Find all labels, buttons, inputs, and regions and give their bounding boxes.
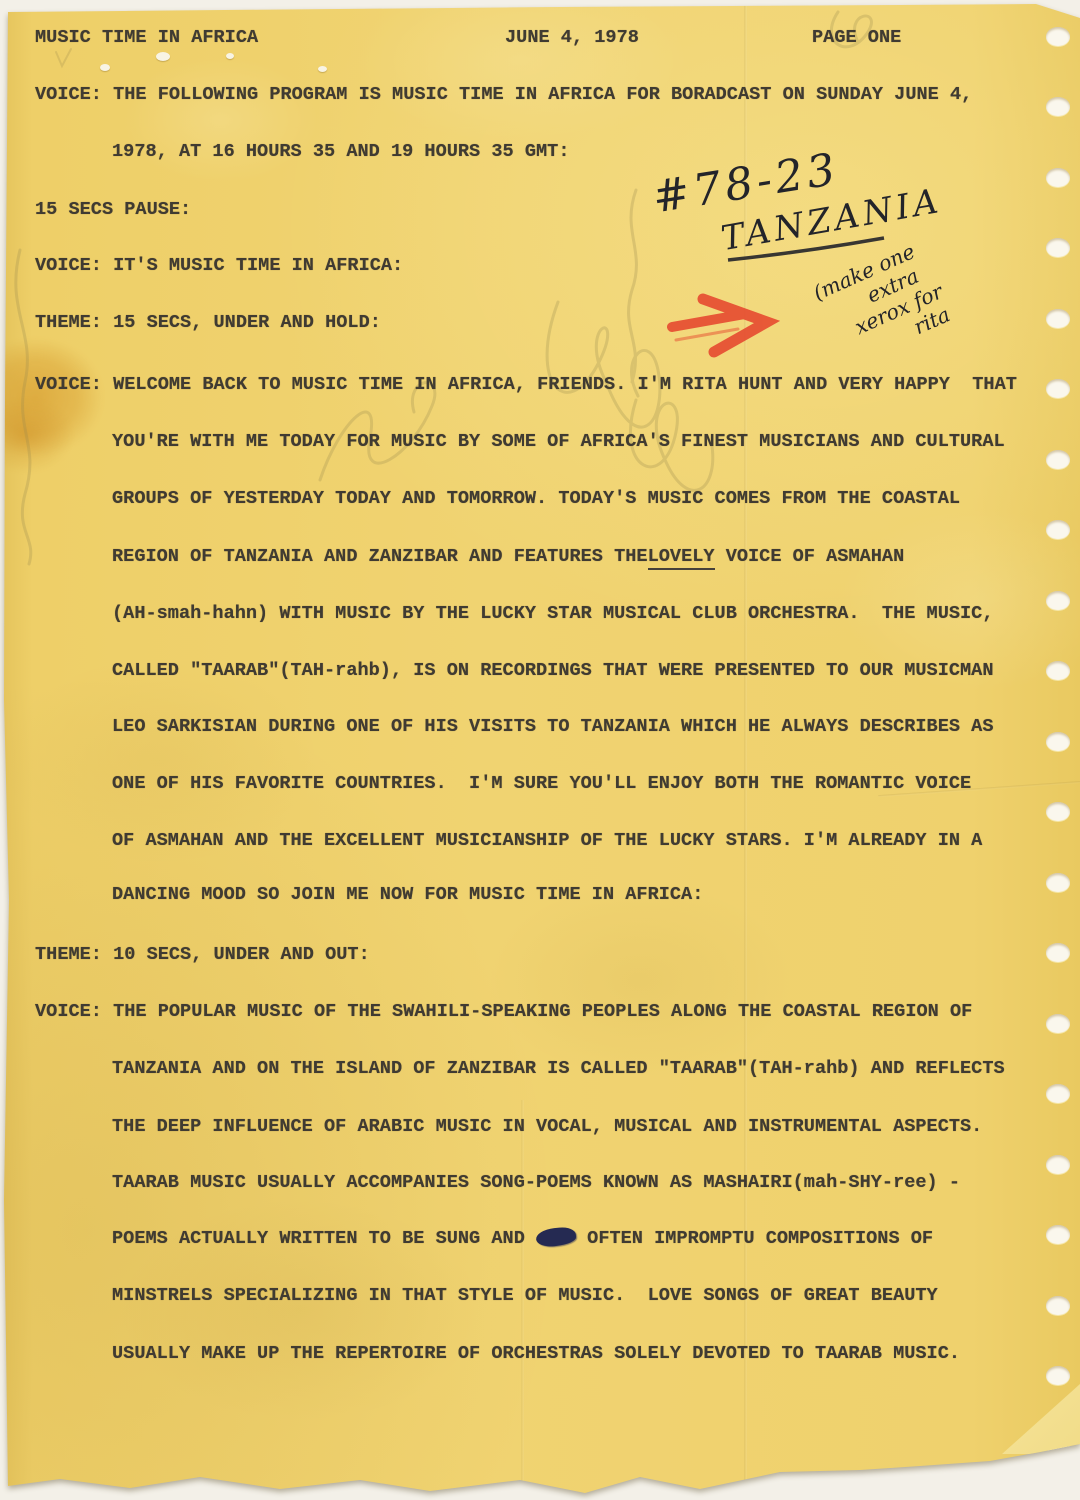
document-page: MUSIC TIME IN AFRICA JUNE 4, 1978 PAGE O… (0, 0, 1080, 1500)
punched-hole (1046, 732, 1070, 751)
script-line: TAARAB MUSIC USUALLY ACCOMPANIES SONG-PO… (112, 1172, 960, 1194)
paper-chip (226, 53, 234, 59)
script-line: LEO SARKISIAN DURING ONE OF HIS VISITS T… (112, 716, 994, 738)
script-line: MINSTRELS SPECIALIZING IN THAT STYLE OF … (112, 1285, 938, 1307)
punched-hole (1046, 238, 1070, 257)
doc-page-number: PAGE ONE (812, 27, 901, 49)
punched-hole (1046, 591, 1070, 610)
script-line: YOU'RE WITH ME TODAY FOR MUSIC BY SOME O… (112, 431, 1005, 453)
paper-chip (156, 52, 170, 61)
punched-hole (1046, 1084, 1070, 1103)
doc-date: JUNE 4, 1978 (505, 27, 639, 49)
script-line: GROUPS OF YESTERDAY TODAY AND TOMORROW. … (112, 488, 960, 510)
punched-hole (1046, 802, 1070, 821)
punched-hole (1046, 168, 1070, 187)
paper-chip (318, 66, 327, 72)
script-line: 1978, AT 16 HOURS 35 AND 19 HOURS 35 GMT… (112, 141, 569, 163)
script-line: OF ASMAHAN AND THE EXCELLENT MUSICIANSHI… (112, 830, 982, 852)
script-line: ONE OF HIS FAVORITE COUNTRIES. I'M SURE … (112, 773, 971, 795)
script-line: CALLED "TAARAB"(TAH-rahb), IS ON RECORDI… (112, 660, 994, 682)
folded-corner (1002, 1384, 1080, 1454)
script-line: THEME: 10 SECS, UNDER AND OUT: (35, 944, 370, 966)
punched-hole (1046, 943, 1070, 962)
punched-hole (1046, 1296, 1070, 1315)
punched-hole (1046, 27, 1070, 46)
script-line: DANCING MOOD SO JOIN ME NOW FOR MUSIC TI… (112, 884, 703, 906)
script-line: THE DEEP INFLUENCE OF ARABIC MUSIC IN VO… (112, 1116, 982, 1138)
punched-hole (1046, 1014, 1070, 1033)
red-arrow-icon (672, 299, 767, 352)
script-line: TANZANIA AND ON THE ISLAND OF ZANZIBAR I… (112, 1058, 1005, 1080)
punched-hole (1046, 873, 1070, 892)
script-line: VOICE: THE FOLLOWING PROGRAM IS MUSIC TI… (35, 84, 972, 106)
script-line: 15 SECS PAUSE: (35, 199, 191, 221)
punched-hole (1046, 661, 1070, 680)
script-line: (AH-smah-hahn) WITH MUSIC BY THE LUCKY S… (112, 603, 994, 625)
punched-hole (1046, 1366, 1070, 1385)
ink-blot (535, 1226, 577, 1248)
script-line: USUALLY MAKE UP THE REPERTOIRE OF ORCHES… (112, 1343, 960, 1365)
script-line: VOICE: THE POPULAR MUSIC OF THE SWAHILI-… (35, 1001, 972, 1023)
punched-hole (1046, 520, 1070, 539)
punched-hole (1046, 97, 1070, 116)
paper-sheet: MUSIC TIME IN AFRICA JUNE 4, 1978 PAGE O… (0, 0, 1080, 1500)
punched-hole (1046, 450, 1070, 469)
punched-hole (1046, 309, 1070, 328)
script-line: THEME: 15 SECS, UNDER AND HOLD: (35, 312, 381, 334)
punched-hole (1046, 1225, 1070, 1244)
script-line: REGION OF TANZANIA AND ZANZIBAR AND FEAT… (112, 546, 904, 568)
script-line: VOICE: IT'S MUSIC TIME IN AFRICA: (35, 255, 403, 277)
script-line: POEMS ACTUALLY WRITTEN TO BE SUNG AND OF… (112, 1228, 933, 1250)
punched-hole (1046, 379, 1070, 398)
paper-chip (100, 64, 110, 71)
punched-hole (1046, 1155, 1070, 1174)
script-line: VOICE: WELCOME BACK TO MUSIC TIME IN AFR… (35, 374, 1017, 396)
doc-title: MUSIC TIME IN AFRICA (35, 27, 258, 49)
